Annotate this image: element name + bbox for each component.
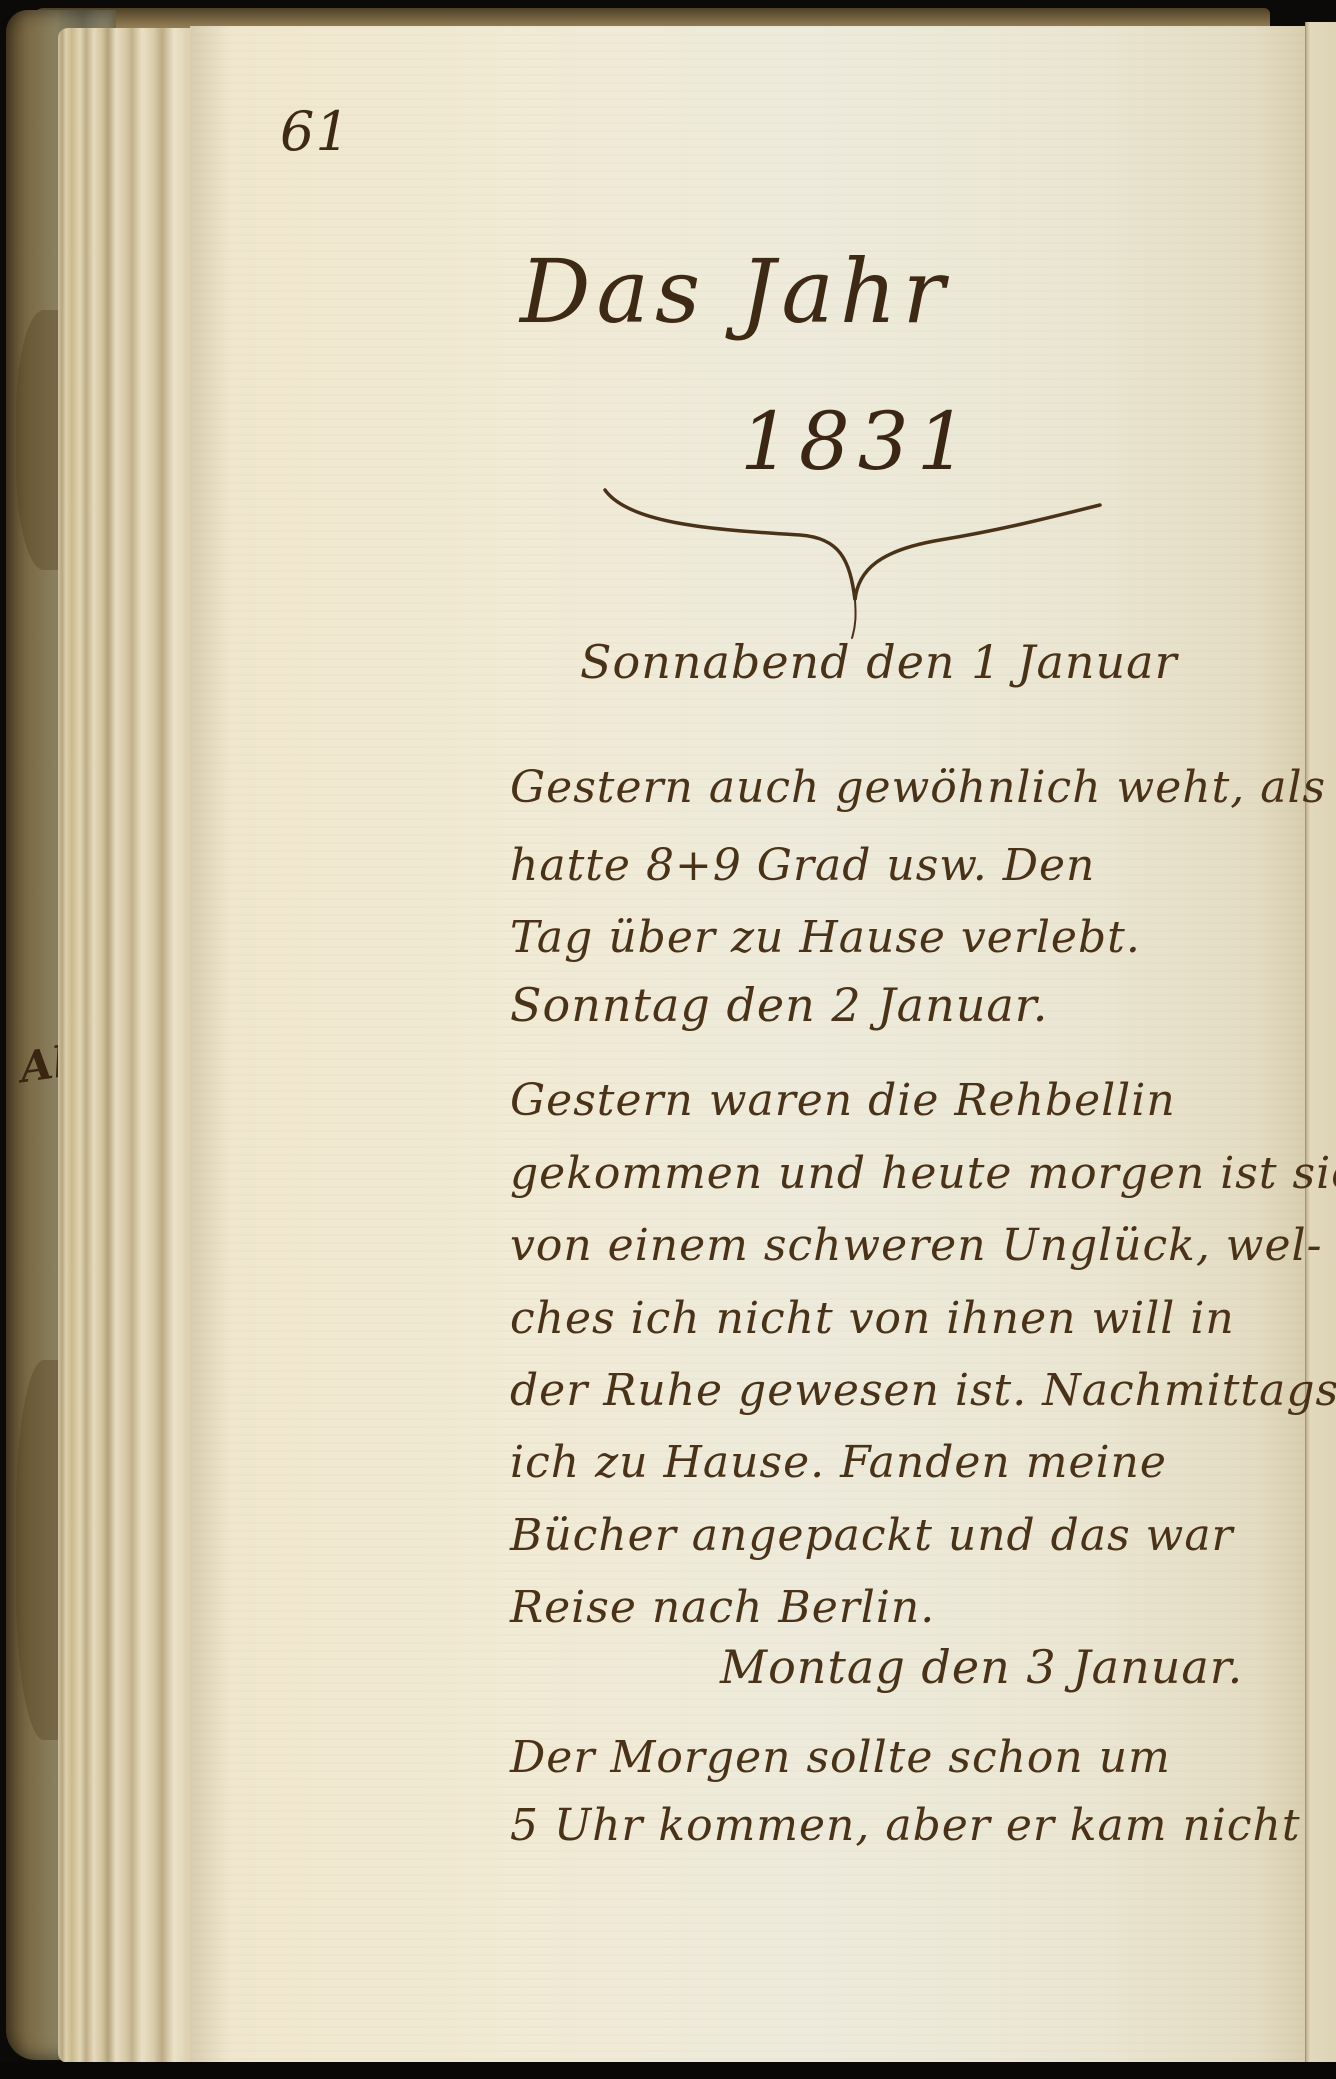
entry-line: hatte 8+9 Grad usw. Den — [510, 840, 1095, 891]
entry-heading-jan-3: Montag den 3 Januar. — [720, 1640, 1243, 1694]
right-page-edge — [1305, 22, 1336, 2064]
title-das-jahr: Das Jahr — [520, 240, 951, 343]
entry-heading-jan-2: Sonntag den 2 Januar. — [510, 978, 1048, 1032]
entry-line: Gestern waren die Rehbellin — [510, 1075, 1176, 1126]
entry-line: gekommen und heute morgen ist sie, — [510, 1148, 1336, 1199]
entry-line: ich zu Hause. Fanden meine — [510, 1437, 1167, 1488]
title-flourish-icon — [600, 480, 1120, 640]
entry-line: Reise nach Berlin. — [510, 1582, 935, 1633]
entry-line: von einem schweren Unglück, wel- — [510, 1220, 1322, 1271]
entry-line: 5 Uhr kommen, aber er kam nicht — [510, 1800, 1301, 1851]
title-year: 1831 — [740, 395, 976, 488]
entry-heading-jan-1: Sonnabend den 1 Januar — [580, 635, 1178, 689]
entry-line: Tag über zu Hause verlebt. — [510, 912, 1141, 963]
page-number: 61 — [280, 100, 351, 163]
entry-line: der Ruhe gewesen ist. Nachmittags blieb — [510, 1365, 1336, 1416]
entry-line: Der Morgen sollte schon um — [510, 1732, 1171, 1783]
scan-bottom-border — [0, 2062, 1336, 2079]
entry-line: Gestern auch gewöhnlich weht, als — [510, 762, 1326, 813]
entry-line: ches ich nicht von ihnen will in — [510, 1293, 1235, 1344]
entry-line: Bücher angepackt und das war — [510, 1510, 1234, 1561]
page-stack-edges — [58, 28, 208, 2063]
gutter-shadow — [190, 26, 230, 2066]
